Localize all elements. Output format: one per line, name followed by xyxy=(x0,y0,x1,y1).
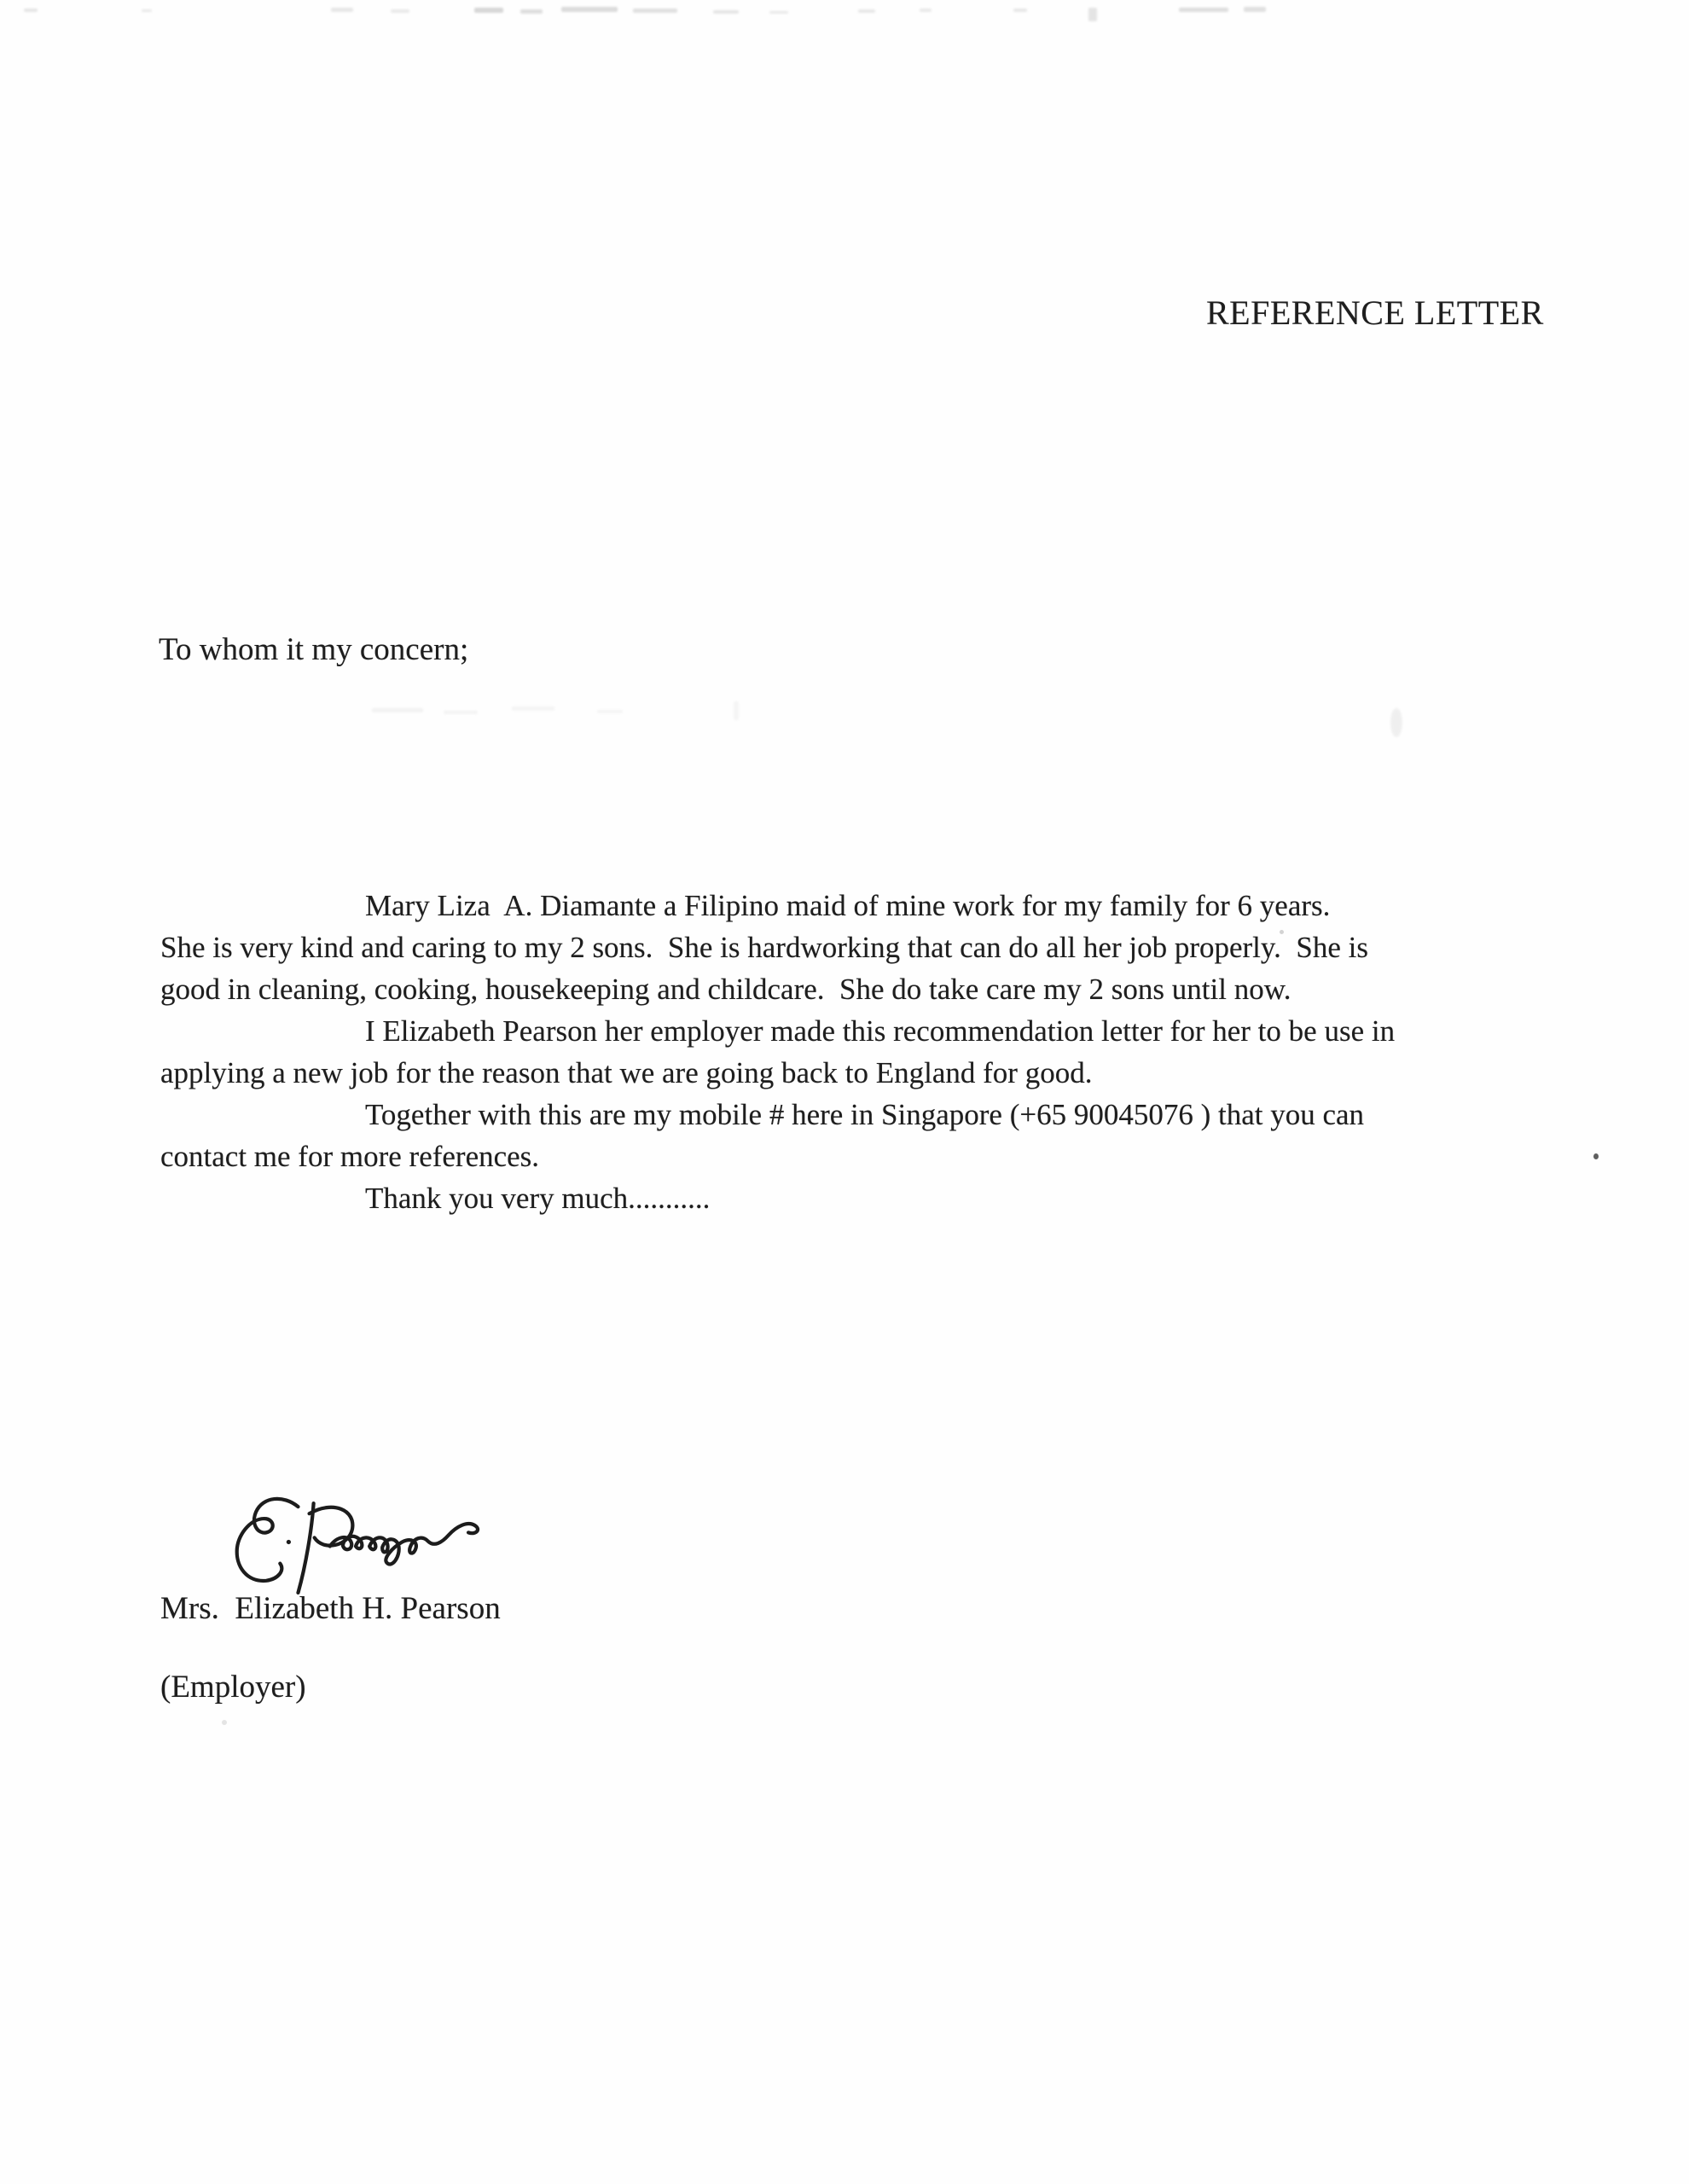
letter-body: Mary Liza A. Diamante a Filipino maid of… xyxy=(160,885,1645,1219)
scan-artifact xyxy=(444,711,478,714)
scan-artifact xyxy=(769,11,788,14)
scan-artifact xyxy=(920,9,932,12)
scan-artifact xyxy=(474,8,503,13)
scan-artifact xyxy=(1390,708,1402,737)
body-line: She is very kind and caring to my 2 sons… xyxy=(160,926,1645,968)
scan-artifact xyxy=(1244,7,1266,12)
scan-artifact xyxy=(1088,8,1097,21)
body-line: good in cleaning, cooking, housekeeping … xyxy=(160,968,1645,1010)
handwritten-signature-icon xyxy=(212,1493,498,1600)
salutation: To whom it my concern; xyxy=(159,631,468,668)
letter-title: REFERENCE LETTER xyxy=(1206,293,1544,333)
scan-artifact xyxy=(372,708,423,712)
scan-artifact xyxy=(142,9,152,12)
scan-artifact xyxy=(561,7,618,12)
signature-ink-dot xyxy=(287,1540,291,1544)
scan-artifact xyxy=(713,10,739,14)
body-line: contact me for more references. xyxy=(160,1136,1645,1177)
scan-artifact xyxy=(858,9,875,13)
scan-artifact xyxy=(734,701,739,720)
scan-artifact xyxy=(520,9,543,14)
body-line: Together with this are my mobile # here … xyxy=(160,1094,1645,1136)
scan-artifact xyxy=(1013,9,1027,12)
scan-artifact xyxy=(633,9,677,13)
body-line: Mary Liza A. Diamante a Filipino maid of… xyxy=(160,885,1645,926)
scan-artifact xyxy=(512,706,554,711)
scan-artifact xyxy=(24,9,38,12)
scan-artifact xyxy=(331,8,353,12)
scanned-letter-page: REFERENCE LETTER To whom it my concern; … xyxy=(0,0,1689,2184)
body-line: applying a new job for the reason that w… xyxy=(160,1052,1645,1094)
signer-title: (Employer) xyxy=(160,1669,306,1705)
scan-artifact xyxy=(597,710,623,713)
body-line: Thank you very much........... xyxy=(160,1177,1645,1219)
scan-artifact xyxy=(1179,8,1228,12)
body-line: I Elizabeth Pearson her employer made th… xyxy=(160,1010,1645,1052)
signature-stroke xyxy=(298,1503,313,1593)
signer-name: Mrs. Elizabeth H. Pearson xyxy=(160,1590,501,1627)
scan-artifact xyxy=(391,9,409,13)
scan-artifact xyxy=(222,1720,227,1725)
